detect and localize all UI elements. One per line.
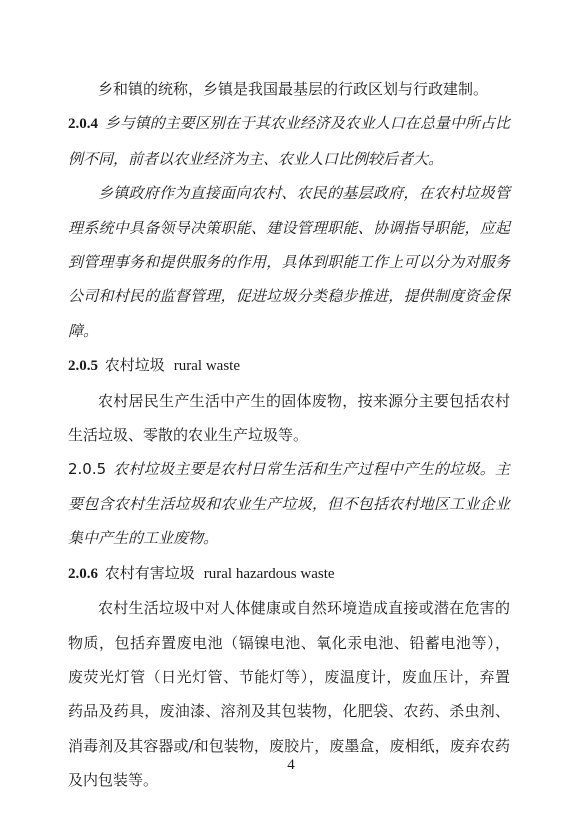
definition-paragraph: 农村居民生产生活中产生的固体废物，按来源分主要包括农村生活垃圾、零散的农业生产垃… [68, 384, 510, 453]
term-heading: 2.0.6农村有害垃圾rural hazardous waste [68, 556, 510, 591]
term-heading: 2.0.5农村垃圾rural waste [68, 348, 510, 383]
definition-paragraph: 乡和镇的统称，乡镇是我国最基层的行政区划与行政建制。 [68, 72, 510, 106]
term-english: rural hazardous waste [204, 566, 335, 582]
document-text-block: 乡和镇的统称，乡镇是我国最基层的行政区划与行政建制。 2.0.4乡与镇的主要区别… [68, 72, 510, 798]
commentary-paragraph: 2.0.4乡与镇的主要区别在于其农业经济及农业人口在总量中所占比例不同，前者以农… [68, 106, 510, 176]
term-chinese: 农村有害垃圾 [105, 564, 195, 582]
term-chinese: 农村垃圾 [105, 356, 165, 374]
commentary-text: 农村垃圾主要是农村日常生活和生产过程中产生的垃圾。主要包含农村生活垃圾和农业生产… [68, 460, 510, 547]
clause-number: 2.0.4 [68, 116, 98, 132]
clause-number: 2.0.5 [68, 358, 98, 374]
term-english: rural waste [174, 358, 240, 374]
commentary-text: 乡与镇的主要区别在于其农业经济及农业人口在总量中所占比例不同，前者以农业经济为主… [68, 114, 510, 167]
document-page: 乡和镇的统称，乡镇是我国最基层的行政区划与行政建制。 2.0.4乡与镇的主要区别… [0, 0, 582, 826]
clause-number: 2.0.5 [68, 460, 106, 478]
clause-number: 2.0.6 [68, 566, 98, 582]
commentary-paragraph: 乡镇政府作为直接面向农村、农民的基层政府，在农村垃圾管理系统中具备领导决策职能、… [68, 176, 510, 348]
page-number: 4 [0, 757, 582, 774]
commentary-paragraph: 2.0.5农村垃圾主要是农村日常生活和生产过程中产生的垃圾。主要包含农村生活垃圾… [68, 452, 510, 555]
